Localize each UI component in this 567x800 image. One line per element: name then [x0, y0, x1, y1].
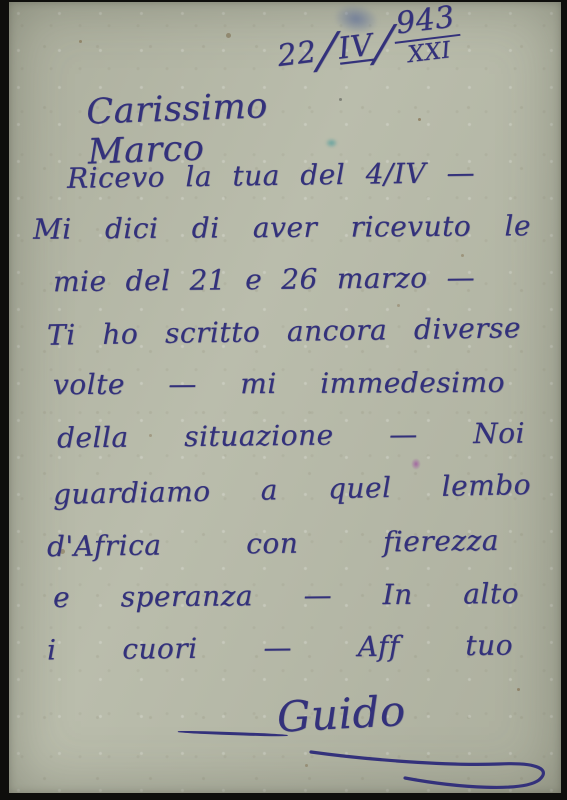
- postcard-paper: 22 / IV / 943 XXI Carissimo Marco Ricevo…: [9, 2, 561, 793]
- handwritten-line: Ricevo la tua del 4/IV —: [67, 147, 476, 205]
- date-era-year: XXI: [406, 37, 452, 67]
- handwritten-line: della situazione — Noi: [57, 408, 526, 465]
- paper-specks: [9, 2, 12, 5]
- date-year-fraction: 943 XXI: [390, 1, 464, 68]
- date-separator: /: [373, 22, 394, 66]
- signature-flourish-underline: [309, 742, 559, 792]
- handwritten-line: e speranza — In alto: [53, 568, 519, 624]
- date-month: IV: [336, 28, 375, 67]
- handwritten-line: volte — mi immedesimo: [53, 357, 505, 411]
- signature: Guido: [276, 690, 407, 739]
- date-separator: /: [317, 29, 338, 73]
- handwritten-line: mie del 21 e 26 marzo —: [53, 252, 476, 308]
- handwritten-line: guardiamo a quel lembo: [52, 457, 531, 523]
- handwritten-line: d'Africa con fierezza: [47, 515, 500, 573]
- date-year: 943: [390, 1, 460, 43]
- scanned-postcard: 22 / IV / 943 XXI Carissimo Marco Ricevo…: [0, 0, 567, 800]
- handwritten-line: Ti ho scritto ancora diverse: [47, 302, 522, 361]
- body-lines: Ricevo la tua del 4/IV —Mi dici di aver …: [9, 150, 561, 674]
- date-line: 22 / IV / 943 XXI: [275, 9, 464, 83]
- handwritten-line: Mi dici di aver ricevuto le: [33, 200, 531, 255]
- signature-row: Guido: [176, 690, 407, 744]
- signature-flourish-left: [178, 730, 288, 737]
- date-day: 22: [276, 35, 319, 75]
- handwritten-line: i cuori — Aff tuo: [47, 620, 514, 677]
